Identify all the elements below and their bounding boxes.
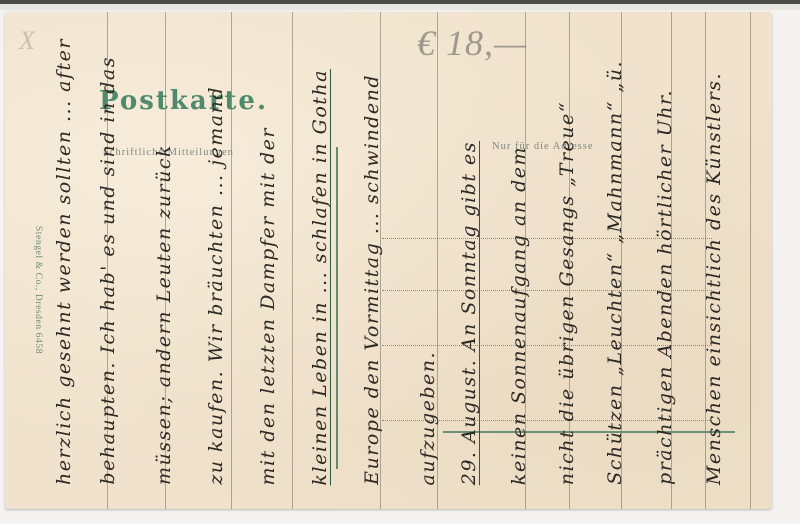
handwritten-line: keinen Sonnenaufgang an dem xyxy=(510,146,529,485)
ruled-line xyxy=(292,12,293,509)
handwritten-line: müssen; andern Leuten zurück xyxy=(155,144,174,485)
publisher-imprint: Stengel & Co., Dresden 6458 xyxy=(33,226,43,354)
scanner-margin xyxy=(0,4,800,10)
message-address-divider xyxy=(336,147,338,469)
ruled-line xyxy=(750,12,751,509)
pencil-corner-mark: X xyxy=(19,26,35,56)
handwritten-line: nicht die übrigen Gesangs „Treue“ xyxy=(558,101,577,485)
handwritten-line: prächtigen Abenden hörtlicher Uhr. xyxy=(656,89,675,485)
handwritten-line: Europe den Vormittag ... schwindend xyxy=(363,74,382,485)
handwritten-line: zu kaufen. Wir bräuchten ... jemand xyxy=(207,86,226,485)
handwritten-line-date: 29. August. An Sonntag gibt es xyxy=(460,141,479,485)
handwritten-line-underlined: kleinen Leben in ... schlafen in Gotha xyxy=(311,69,330,485)
handwritten-line: herzlich gesehnt werden sollten ... afte… xyxy=(55,38,74,485)
postcard-scan: Postkarte. Schriftliche Mitteilungen Nur… xyxy=(0,0,800,524)
postcard-title: Postkarte. xyxy=(99,86,268,116)
pencil-price: € 18,— xyxy=(417,22,527,64)
handwritten-line: behaupten. Ich hab' es und sind in das xyxy=(99,56,118,485)
handwritten-line: aufzugeben. xyxy=(419,351,438,485)
handwritten-line: Schützen „Leuchten“ „Mahnmann“ „ü. xyxy=(606,60,625,485)
handwritten-line: mit den letzten Dampfer mit der xyxy=(259,127,278,485)
address-line-green xyxy=(443,431,735,433)
postcard: Postkarte. Schriftliche Mitteilungen Nur… xyxy=(5,12,772,509)
handwritten-line: Menschen einsichtlich des Künstlers. xyxy=(705,72,724,485)
